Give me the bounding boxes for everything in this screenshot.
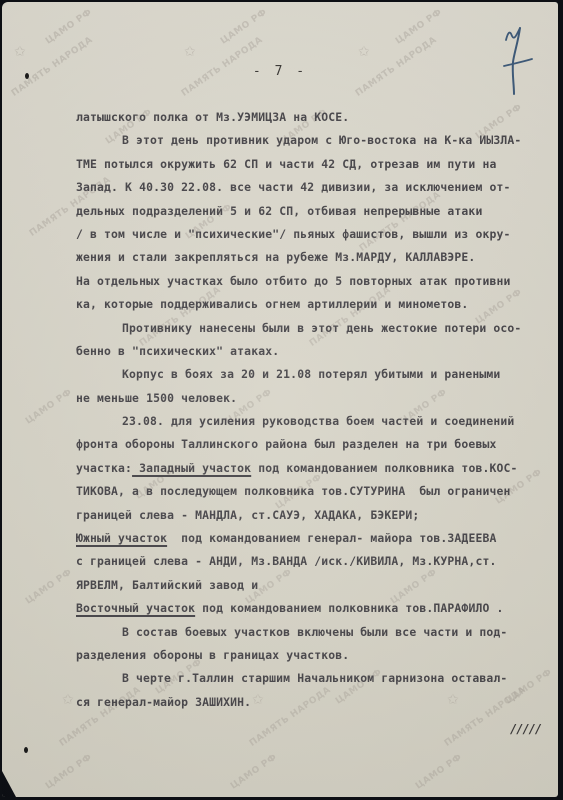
text-line: ТМЕ потылся окружить 62 СП и части 42 СД…	[76, 153, 546, 176]
watermark: ЦАМО РФ	[394, 7, 444, 46]
text-line: Запад. К 40.30 22.08. все части 42 дивиз…	[76, 176, 546, 199]
text-line: На отдельных участках было отбито до 5 п…	[76, 270, 546, 293]
text-line: Противнику нанесены были в этот день жес…	[76, 317, 546, 340]
watermark: ЦАМО РФ	[44, 7, 94, 46]
punch-hole	[24, 747, 28, 753]
text-line: не меньше 1500 человек.	[76, 387, 546, 410]
text-segment: под командованием полковника тов.КОС-	[251, 461, 517, 475]
text-line: латышского полка от Мз.УЭМИЦЗА на КОСЕ.	[76, 106, 546, 129]
underlined-heading: Южный участок	[76, 531, 167, 545]
text-line: ка, которые поддерживались огнем артилле…	[76, 293, 546, 316]
text-line: ся генерал-майор ЗАШИХИН.	[76, 691, 546, 714]
text-line: В черте г.Таллин старшим Начальником гар…	[76, 667, 546, 690]
text-line: / в том числе и "психические"/ пьяных фа…	[76, 223, 546, 246]
text-line: с границей слева - АНДИ, Мз.ВАНДА /иск./…	[76, 550, 546, 573]
text-line: ЯРВЕЛМ, Балтийский завод и	[76, 574, 546, 597]
star-icon: ✩	[358, 44, 370, 61]
page-number: - 7 -	[2, 64, 558, 79]
watermark: ЦАМО РФ	[24, 567, 74, 606]
text-line: 23.08. для усиления руководства боем час…	[76, 410, 546, 433]
text-line: Корпус в боях за 20 и 21.08 потерял убит…	[76, 363, 546, 386]
text-line: В состав боевых участков включены были в…	[76, 621, 546, 644]
text-segment: участка:	[76, 461, 132, 475]
watermark: ЦАМО РФ	[414, 752, 464, 791]
watermark: ЦАМО РФ	[24, 387, 74, 426]
torn-corner	[2, 771, 16, 797]
handwritten-folio-number	[498, 22, 538, 102]
text-line: жения и стали закрепляться на рубеже Мз.…	[76, 246, 546, 269]
underlined-heading: Западный участок	[132, 461, 251, 475]
underlined-heading: Восточный участок	[76, 601, 195, 615]
text-line: В этот день противник ударом с Юго-восто…	[76, 129, 546, 152]
text-line: Южный участок под командованием генерал-…	[76, 527, 546, 550]
text-line: границей слева - МАНДЛА, ст.САУЭ, ХАДАКА…	[76, 504, 546, 527]
text-segment: под командованием полковника тов.ПАРАФИЛ…	[195, 601, 503, 615]
text-line: дельных подразделений 5 и 62 СП, отбивая…	[76, 200, 546, 223]
text-line: фронта обороны Таллинского района был ра…	[76, 433, 546, 456]
text-segment: под командованием генерал- майора тов.ЗА…	[167, 531, 496, 545]
watermark: ЦАМО РФ	[229, 752, 279, 791]
star-icon: ✩	[62, 692, 74, 709]
star-icon: ✩	[14, 44, 26, 61]
end-mark: /////	[510, 722, 541, 736]
text-line: бенно в "психических" атаках.	[76, 340, 546, 363]
watermark: ЦАМО РФ	[44, 752, 94, 791]
document-body: латышского полка от Мз.УЭМИЦЗА на КОСЕ.В…	[76, 106, 546, 714]
watermark: ЦАМО РФ	[219, 7, 269, 46]
text-line: ТИКОВА, а в последующем полковника тов.С…	[76, 480, 546, 503]
document-page: ЦАМО РФ ЦАМО РФ ЦАМО РФ ✩ ПАМЯТЬ НАРОДА …	[2, 2, 558, 797]
text-line: Восточный участок под командованием полк…	[76, 597, 546, 620]
star-icon: ✩	[184, 44, 196, 61]
text-line: разделения обороны в границах участков.	[76, 644, 546, 667]
text-line: участка: Западный участок под командован…	[76, 457, 546, 480]
